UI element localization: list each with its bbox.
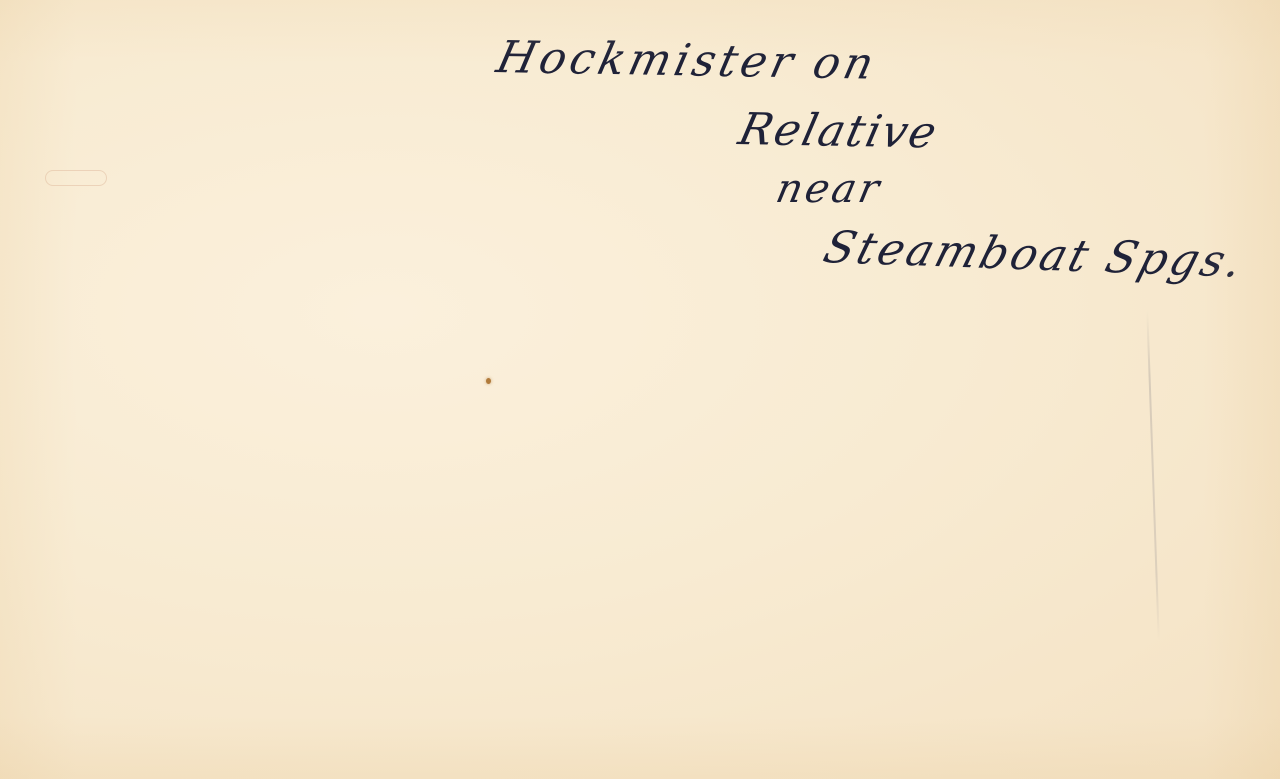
paper-crease [1146, 310, 1160, 640]
handwriting-line-3: near [772, 166, 886, 212]
handwriting-line-4: Steamboat Spgs. [818, 222, 1251, 288]
handwriting-line-2: Relative [734, 104, 943, 158]
foxing-spot [486, 378, 491, 384]
handwriting-line-1: Hockmister on [492, 32, 882, 90]
faint-stain-mark [45, 170, 107, 186]
photo-back-card: Hockmister on Relative near Steamboat Sp… [0, 0, 1280, 779]
